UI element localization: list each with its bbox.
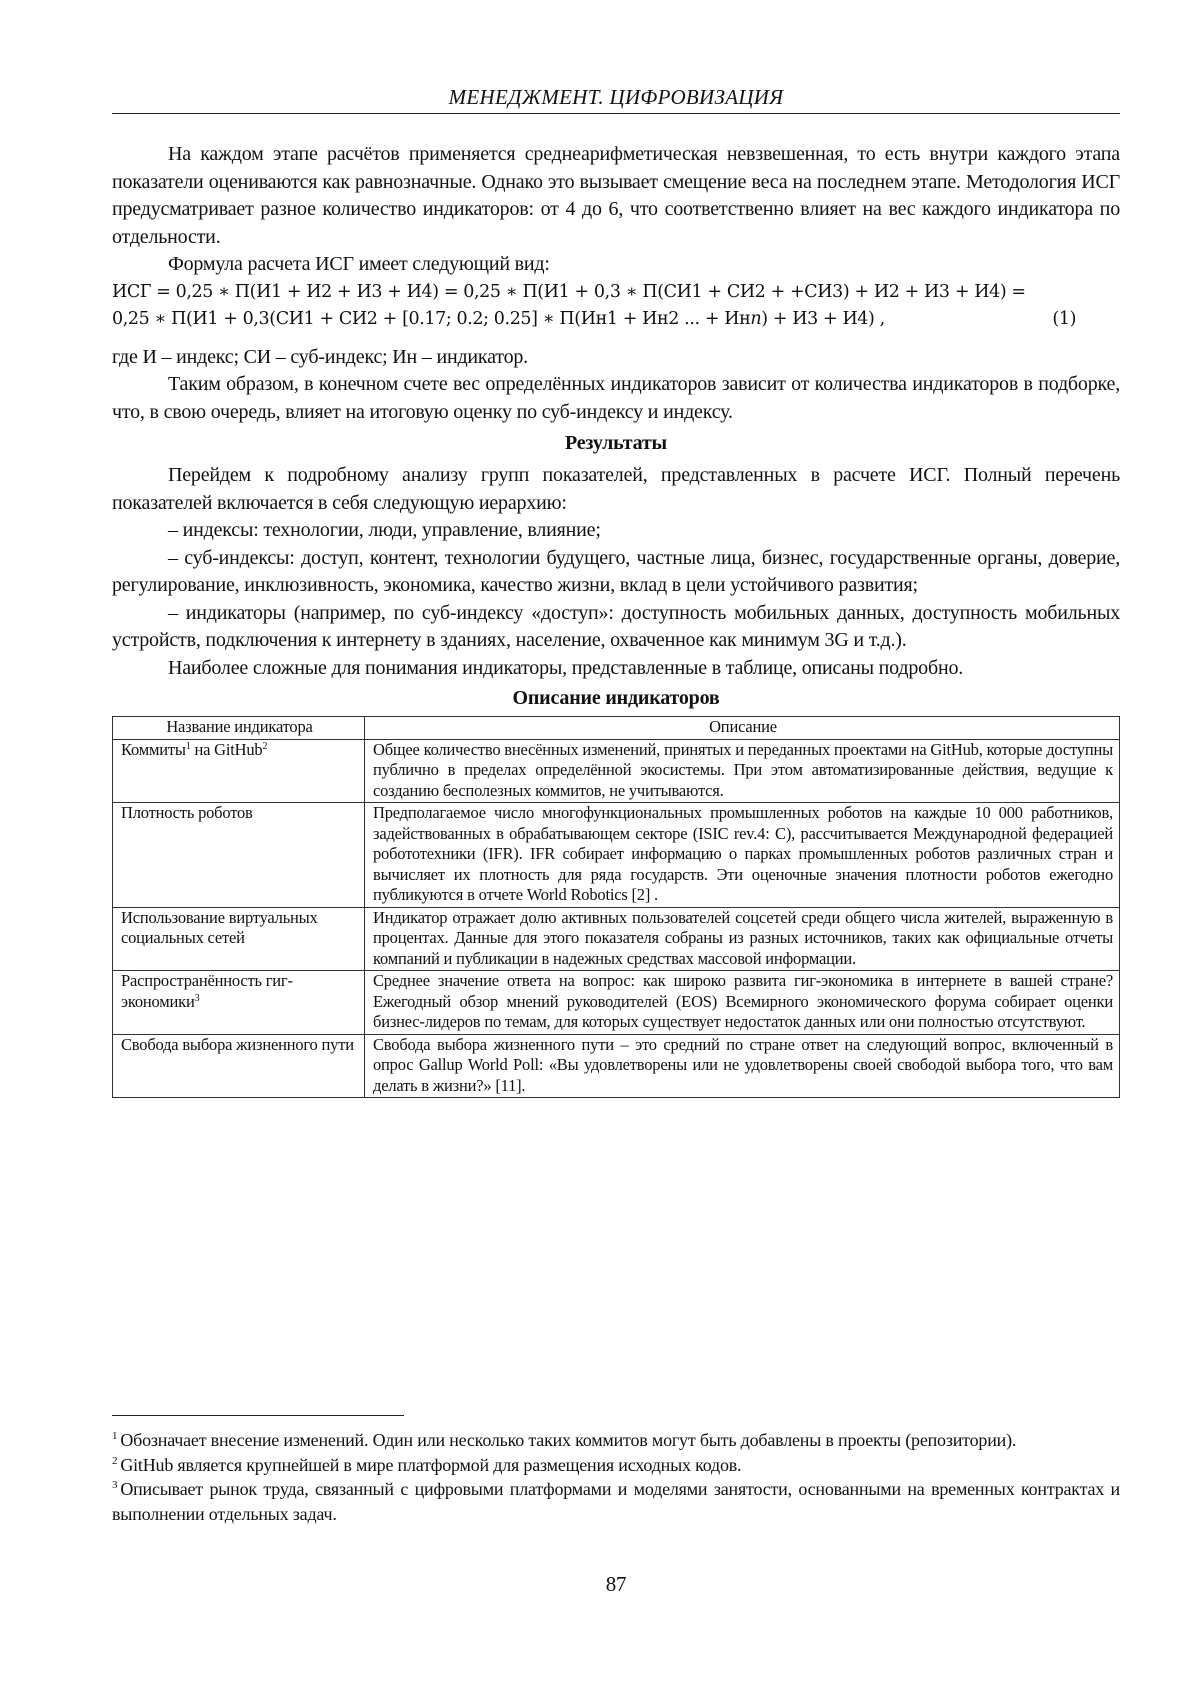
footnote: 1Обозначает внесение изменений. Один или… [112, 1428, 1120, 1453]
formula-intro: Формула расчета ИСГ имеет следующий вид: [112, 251, 1120, 279]
indicator-name: Использование виртуальных социальных сет… [113, 907, 365, 971]
table-title: Описание индикаторов [112, 684, 1120, 712]
page-number: 87 [112, 1571, 1120, 1599]
formula: ИСГ = 0,25 ∗ П(И1 + И2 + И3 + И4) = 0,25… [112, 279, 1120, 334]
indicator-name: Плотность роботов [113, 803, 365, 908]
footnote: 3Описывает рынок труда, связанный с цифр… [112, 1477, 1120, 1526]
table-row: Коммиты1 на GitHub2 Общее количество вне… [113, 739, 1120, 803]
indicator-description: Предполагаемое число многофункциональных… [365, 803, 1120, 908]
footnote-ref[interactable]: 3 [195, 993, 200, 1004]
formula-line-1: ИСГ = 0,25 ∗ П(И1 + И2 + И3 + И4) = 0,25… [112, 279, 1120, 307]
column-header-name: Название индикатора [113, 717, 365, 740]
formula-line-2: 0,25 ∗ П(И1 + 0,3(СИ1 + СИ2 + [0.17; 0.2… [112, 306, 885, 334]
footnote-ref[interactable]: 2 [262, 741, 267, 752]
list-item: – суб-индексы: доступ, контент, технолог… [112, 545, 1120, 600]
table-row: Плотность роботов Предполагаемое число м… [113, 803, 1120, 908]
list-item: – индикаторы (например, по суб-индексу «… [112, 600, 1120, 655]
indicator-description: Общее количество внесённых изменений, пр… [365, 739, 1120, 803]
list-item: – индексы: технологии, люди, управление,… [112, 517, 1120, 545]
formula-number: (1) [1052, 306, 1120, 334]
footnote-separator [112, 1415, 404, 1416]
table-header-row: Название индикатора Описание [113, 717, 1120, 740]
header-rule [112, 113, 1120, 114]
indicator-description: Среднее значение ответа на вопрос: как ш… [365, 971, 1120, 1035]
where-clause: где И – индекс; СИ – суб-индекс; Ин – ин… [112, 344, 1120, 372]
indicators-table: Название индикатора Описание Коммиты1 на… [112, 716, 1120, 1098]
running-header: МЕНЕДЖМЕНТ. ЦИФРОВИЗАЦИЯ [112, 84, 1120, 112]
paragraph: Перейдем к подробному анализу групп пока… [112, 462, 1120, 517]
main-text: На каждом этапе расчётов применяется сре… [112, 141, 1120, 1098]
column-header-description: Описание [365, 717, 1120, 740]
indicator-name: Свобода выбора жизненного пути [113, 1034, 365, 1098]
indicator-description: Свобода выбора жизненного пути – это сре… [365, 1034, 1120, 1098]
table-row: Свобода выбора жизненного пути Свобода в… [113, 1034, 1120, 1098]
indicator-name: Распространённость гиг-экономики3 [113, 971, 365, 1035]
indicator-description: Индикатор отражает долю активных пользов… [365, 907, 1120, 971]
table-row: Распространённость гиг-экономики3 Средне… [113, 971, 1120, 1035]
paragraph: Наиболее сложные для понимания индикатор… [112, 655, 1120, 683]
indicator-name: Коммиты1 на GitHub2 [113, 739, 365, 803]
footnote: 2GitHub является крупнейшей в мире платф… [112, 1453, 1120, 1478]
section-heading: Результаты [112, 428, 1120, 458]
paragraph: Таким образом, в конечном счете вес опре… [112, 371, 1120, 426]
footnotes: 1Обозначает внесение изменений. Один или… [112, 1428, 1120, 1526]
table-row: Использование виртуальных социальных сет… [113, 907, 1120, 971]
paragraph: На каждом этапе расчётов применяется сре… [112, 141, 1120, 251]
